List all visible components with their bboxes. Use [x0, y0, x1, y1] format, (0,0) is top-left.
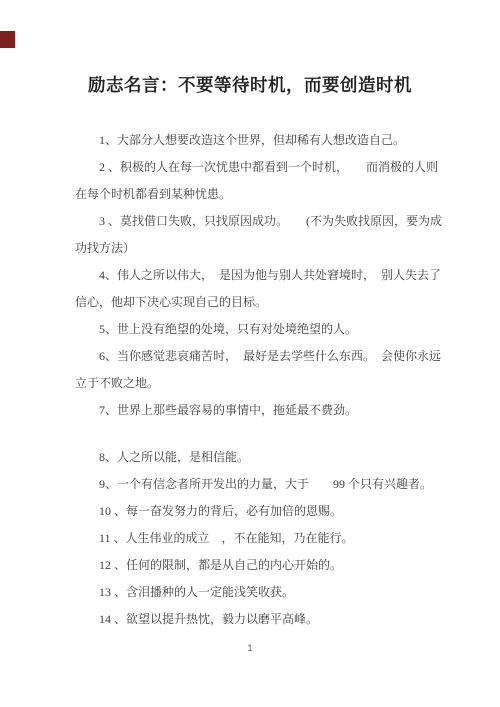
text-line: 8、人之所以能，是相信能。	[75, 444, 460, 471]
text-line: 1、大部分人想要改造这个世界，但却稀有人想改造自己。	[75, 127, 460, 154]
page-number: 1	[0, 641, 500, 655]
text-line: 立于不败之地。	[75, 370, 460, 397]
text-line: 7、世界上那些最容易的事情中，拖延最不费劲。	[75, 397, 460, 424]
text-line: 14 、欲望以提升热忱，毅力以磨平高峰。	[75, 606, 460, 633]
text-line: 12 、任何的限制，都是从自己的内心开始的。	[75, 552, 460, 579]
document-page: 励志名言：不要等待时机，而要创造时机 1、大部分人想要改造这个世界，但却稀有人想…	[0, 0, 500, 707]
blank-line	[75, 424, 460, 444]
text-line: 11 、人生伟业的成立 ，不在能知，乃在能行。	[75, 525, 460, 552]
text-line: 3 、莫找借口失败，只找原因成功。 (不为失败找原因，要为成	[75, 208, 460, 235]
text-line: 4、伟人之所以伟大， 是因为他与别人共处窘境时， 别人失去了	[75, 262, 460, 289]
text-line: 在每个时机都看到某种忧患。	[75, 181, 460, 208]
text-line: 9、一个有信念者所开发出的力量，大于 99 个只有兴趣者。	[75, 471, 460, 498]
text-line: 10 、每一奋发努力的背后，必有加倍的恩赐。	[75, 498, 460, 525]
text-line: 2 、积极的人在每一次忧患中都看到一个时机， 而消极的人则	[75, 154, 460, 181]
corner-bookmark-tab	[0, 31, 15, 48]
text-line: 6、当你感觉悲哀痛苦时， 最好是去学些什么东西。 会使你永远	[75, 343, 460, 370]
document-title: 励志名言：不要等待时机，而要创造时机	[0, 0, 500, 97]
text-line: 功找方法）	[75, 235, 460, 262]
text-line: 13 、含泪播种的人一定能浅笑收获。	[75, 579, 460, 606]
document-body: 1、大部分人想要改造这个世界，但却稀有人想改造自己。2 、积极的人在每一次忧患中…	[0, 127, 500, 633]
text-line: 信心，他却下决心实现自己的目标。	[75, 289, 460, 316]
text-line: 5、世上没有绝望的处境，只有对处境绝望的人。	[75, 316, 460, 343]
